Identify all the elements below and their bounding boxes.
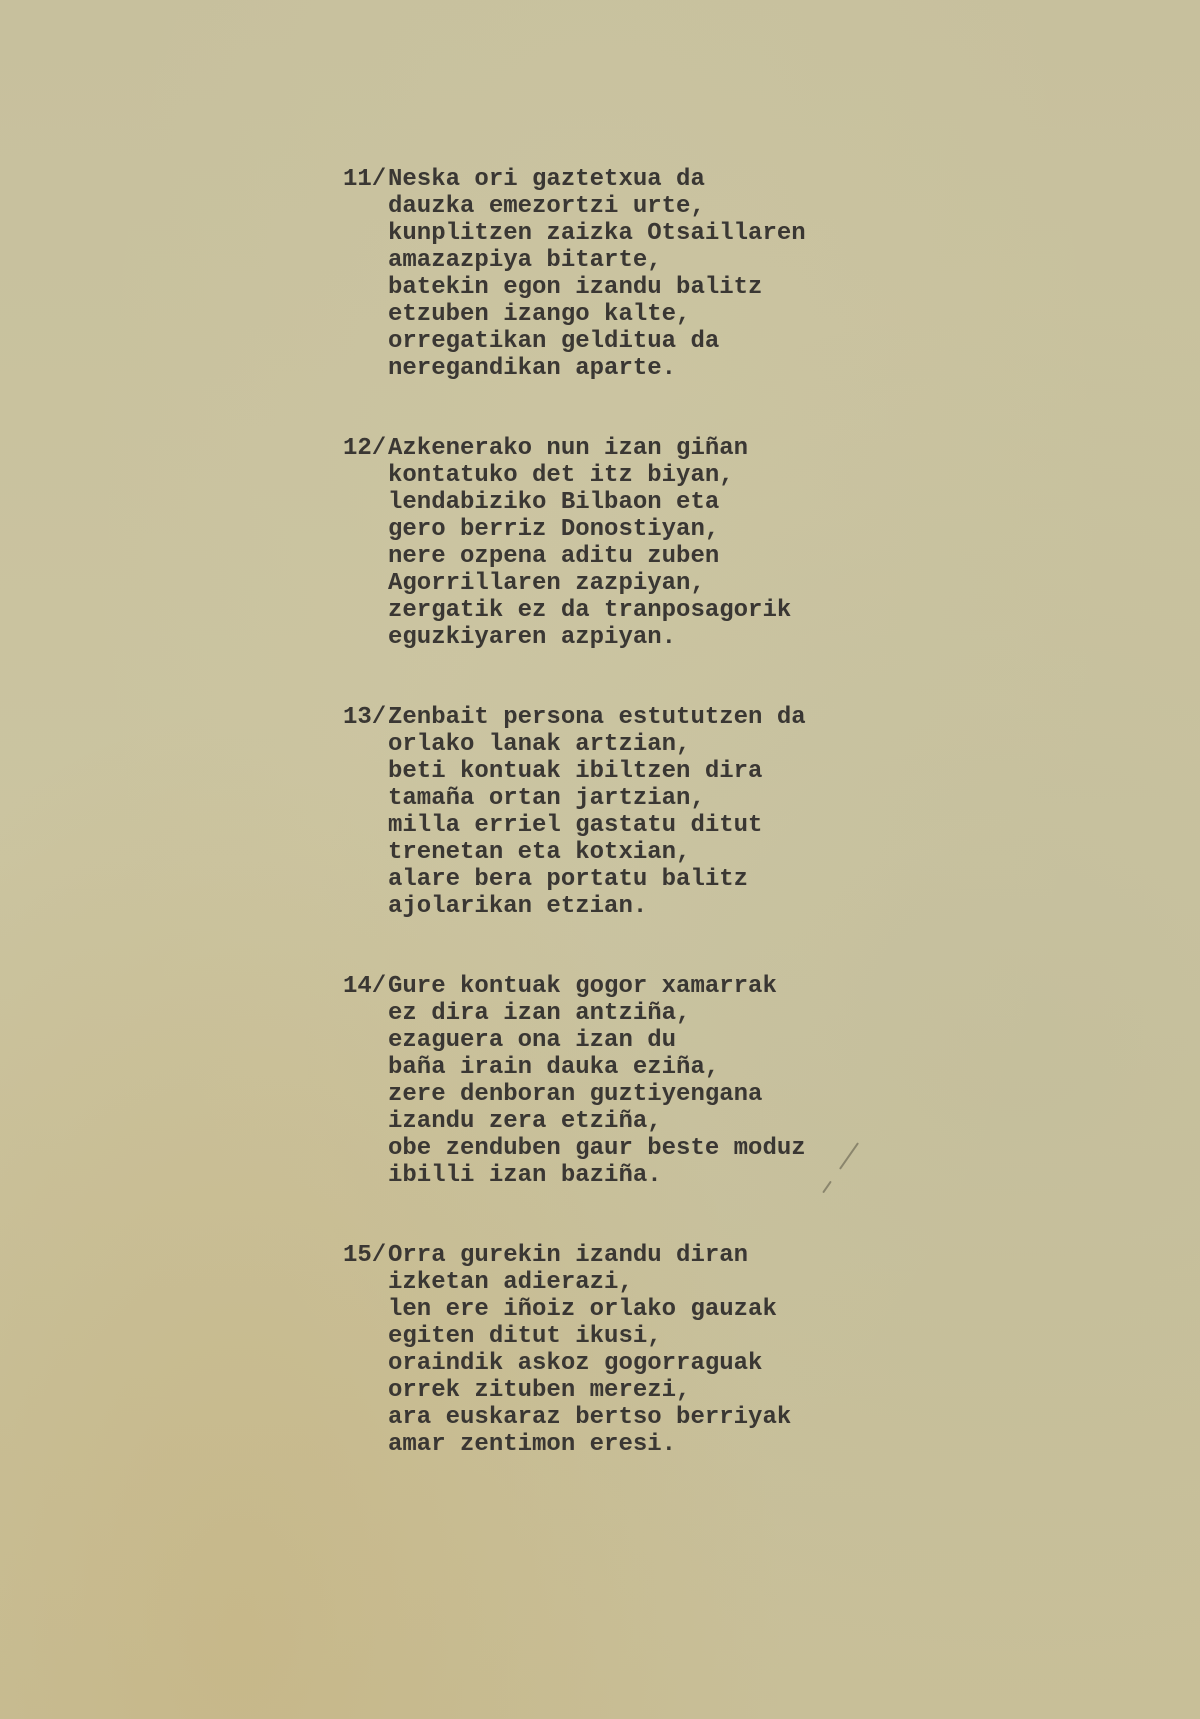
verse-line: neregandikan aparte. [343,355,806,382]
verse-line: Agorrillaren zazpiyan, [343,570,806,597]
verse-line: zergatik ez da tranposagorik [343,597,806,624]
verse-line: ezaguera ona izan du [343,1027,806,1054]
verse-line: alare bera portatu balitz [343,866,806,893]
stanza-13: 13/Zenbait persona estututzen da orlako … [343,704,806,920]
verse-line: egiten ditut ikusi, [343,1323,806,1350]
verse-line: ez dira izan antziña, [343,1000,806,1027]
stanza-15: 15/Orra gurekin izandu diran izketan adi… [343,1242,806,1458]
stanza-number: 14/ [343,973,388,1000]
verse-document: 11/Neska ori gaztetxua da dauzka emezort… [343,166,806,1511]
verse-line: Zenbait persona estututzen da [388,704,806,731]
verse-line: ajolarikan etzian. [343,893,806,920]
verse-line: orlako lanak artzian, [343,731,806,758]
verse-line: eguzkiyaren azpiyan. [343,624,806,651]
verse-line: Orra gurekin izandu diran [388,1242,748,1269]
verse-line: nere ozpena aditu zuben [343,543,806,570]
verse-line: trenetan eta kotxian, [343,839,806,866]
stanza-number: 13/ [343,704,388,731]
verse-line: ibilli izan baziña. [343,1162,806,1189]
verse-line: gero berriz Donostiyan, [343,516,806,543]
verse-line: obe zenduben gaur beste moduz [343,1135,806,1162]
stanza-number: 15/ [343,1242,388,1269]
verse-line: kontatuko det itz biyan, [343,462,806,489]
stanza-14: 14/Gure kontuak gogor xamarrak ez dira i… [343,973,806,1189]
verse-line: beti kontuak ibiltzen dira [343,758,806,785]
stanza-first-line: 11/Neska ori gaztetxua da [343,166,806,193]
verse-line: kunplitzen zaizka Otsaillaren [343,220,806,247]
verse-line: baña irain dauka eziña, [343,1054,806,1081]
verse-line: batekin egon izandu balitz [343,274,806,301]
verse-line: etzuben izango kalte, [343,301,806,328]
stanza-11: 11/Neska ori gaztetxua da dauzka emezort… [343,166,806,382]
stanza-12: 12/Azkenerako nun izan giñan kontatuko d… [343,435,806,651]
verse-line: milla erriel gastatu ditut [343,812,806,839]
stanza-number: 11/ [343,166,388,193]
stanza-first-line: 12/Azkenerako nun izan giñan [343,435,806,462]
verse-line: oraindik askoz gogorraguak [343,1350,806,1377]
stanza-number: 12/ [343,435,388,462]
verse-line: Azkenerako nun izan giñan [388,435,748,462]
verse-line: izketan adierazi, [343,1269,806,1296]
verse-line: orrek zituben merezi, [343,1377,806,1404]
verse-line: amar zentimon eresi. [343,1431,806,1458]
verse-line: tamaña ortan jartzian, [343,785,806,812]
stanza-first-line: 15/Orra gurekin izandu diran [343,1242,806,1269]
verse-line: lendabiziko Bilbaon eta [343,489,806,516]
verse-line: orregatikan gelditua da [343,328,806,355]
verse-line: Gure kontuak gogor xamarrak [388,973,777,1000]
verse-line: len ere iñoiz orlako gauzak [343,1296,806,1323]
verse-line: dauzka emezortzi urte, [343,193,806,220]
verse-line: amazazpiya bitarte, [343,247,806,274]
verse-line: ara euskaraz bertso berriyak [343,1404,806,1431]
verse-line: Neska ori gaztetxua da [388,166,705,193]
stanza-first-line: 13/Zenbait persona estututzen da [343,704,806,731]
verse-line: zere denboran guztiyengana [343,1081,806,1108]
stanza-first-line: 14/Gure kontuak gogor xamarrak [343,973,806,1000]
verse-line: izandu zera etziña, [343,1108,806,1135]
